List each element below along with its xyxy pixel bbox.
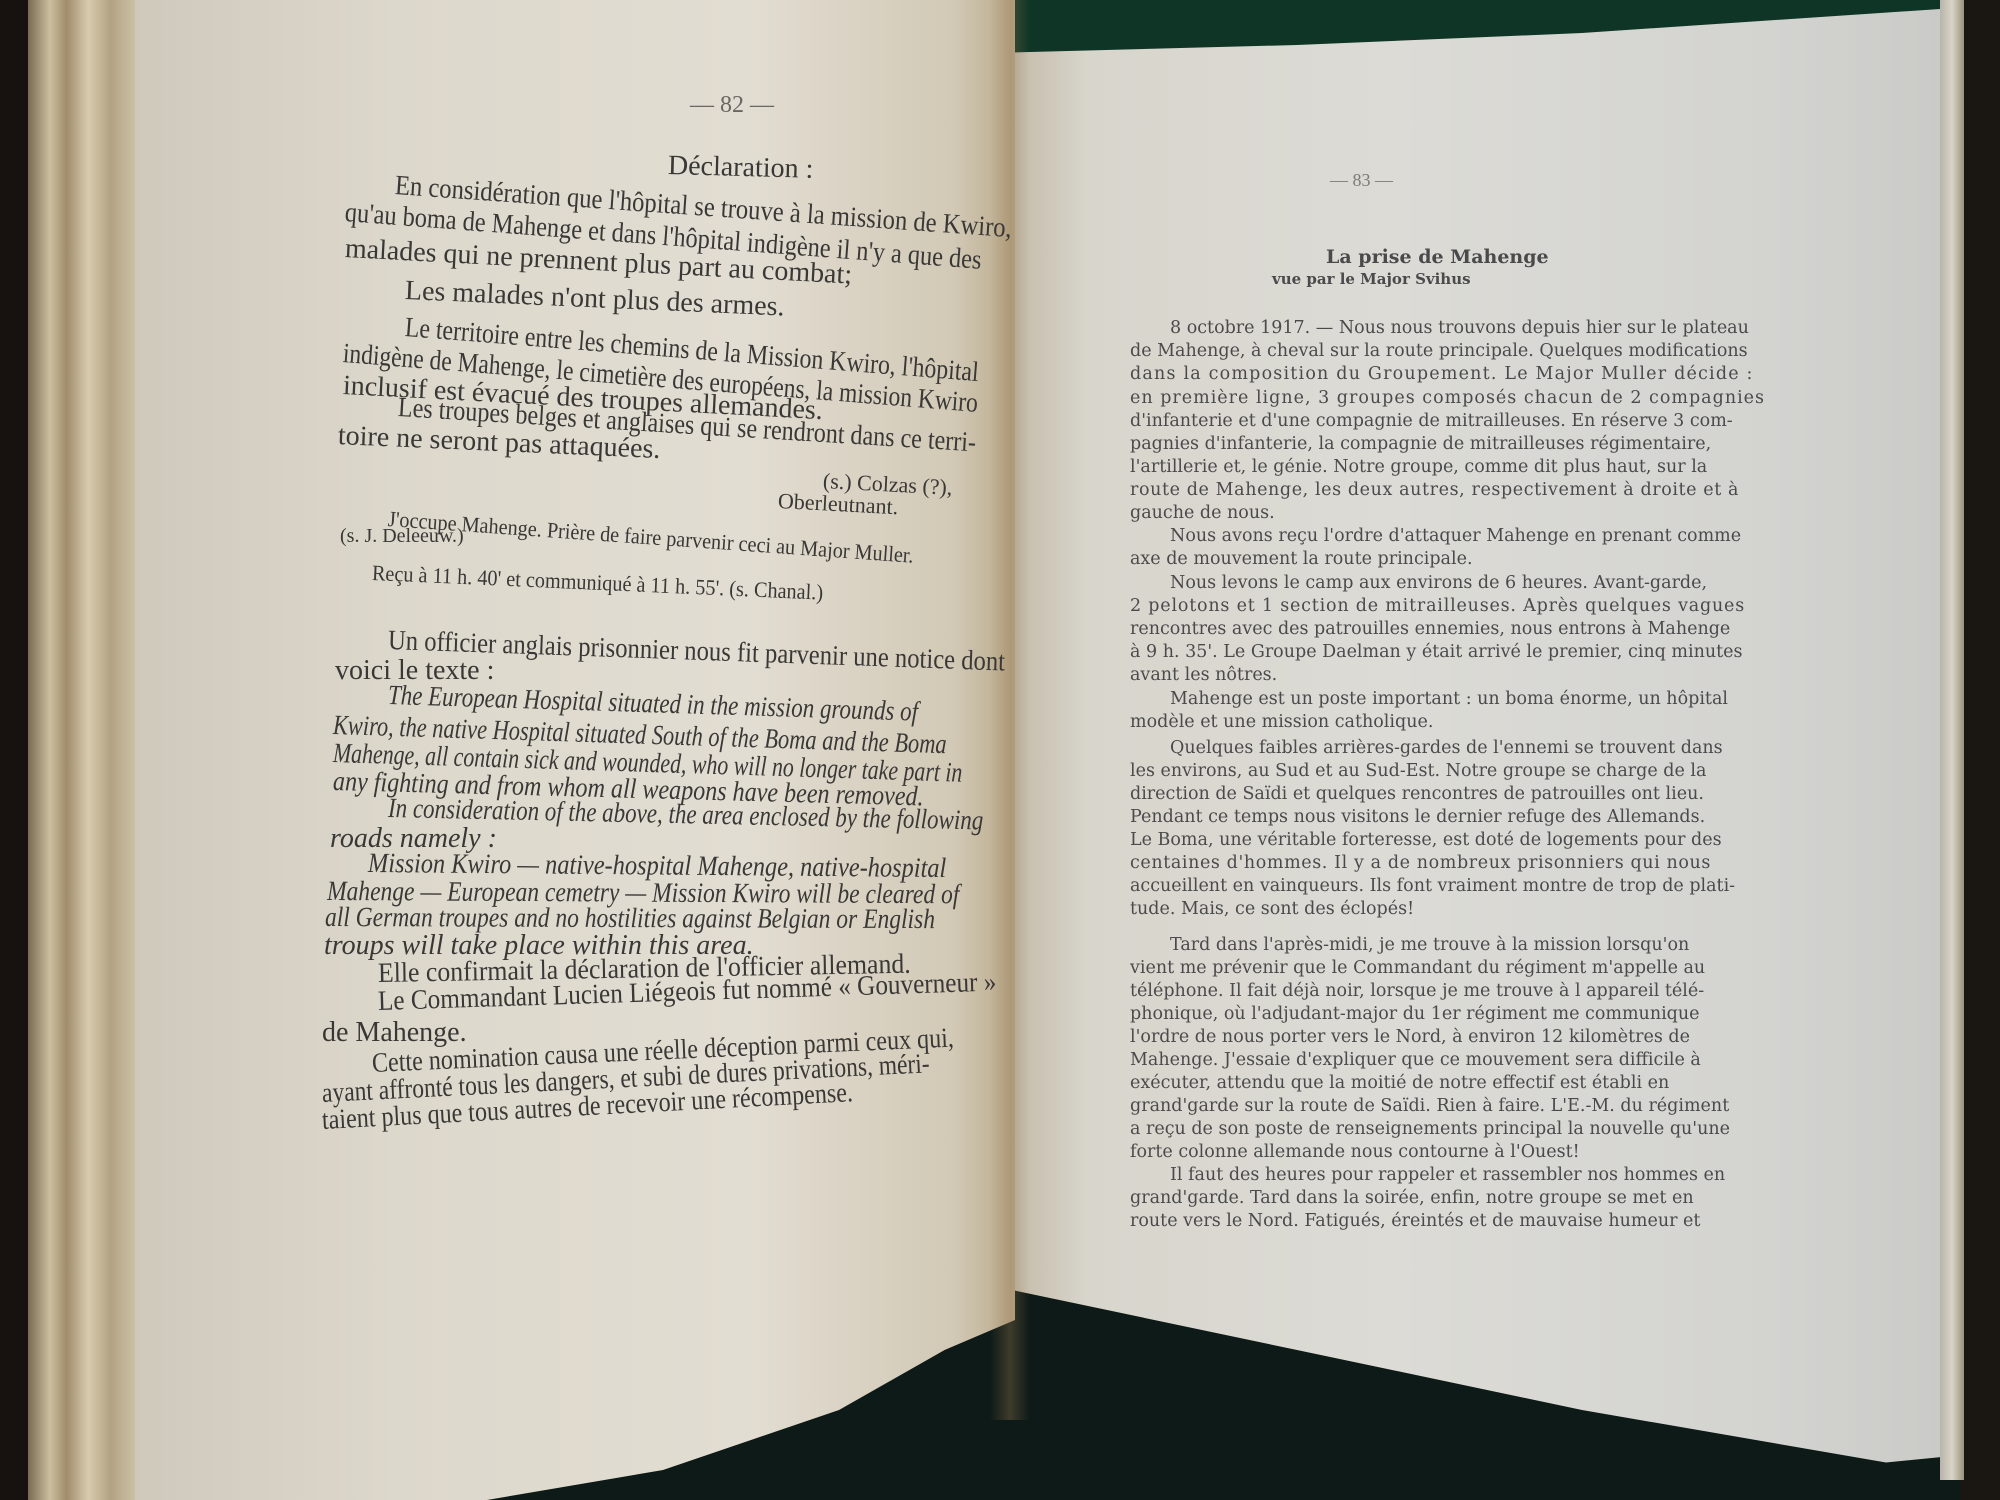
text-line: d'infanterie et d'une compagnie de mitra… (1130, 411, 1733, 431)
dark-background-left (0, 0, 30, 1500)
text-line: vient me prévenir que le Commandant du r… (1130, 958, 1705, 978)
text-line: grand'garde sur la route de Saïdi. Rien … (1130, 1096, 1729, 1116)
text-line: de Mahenge, à cheval sur la route princi… (1130, 341, 1748, 361)
dark-background-right (1960, 0, 2000, 1500)
text-line: Le Boma, une véritable forteresse, est d… (1130, 830, 1722, 850)
text-line: Mahenge. J'essaie d'expliquer que ce mou… (1130, 1050, 1701, 1070)
text-line: gauche de nous. (1130, 503, 1275, 523)
text-line: grand'garde. Tard dans la soirée, enfin,… (1130, 1188, 1694, 1208)
text-line: route de Mahenge, les deux autres, respe… (1130, 480, 1739, 500)
text-line: a reçu de son poste de renseignements pr… (1130, 1119, 1730, 1139)
page-number-82: — 82 — (690, 92, 774, 119)
text-line: Mahenge est un poste important : un boma… (1170, 689, 1728, 709)
text-line: modèle et une mission catholique. (1130, 712, 1433, 732)
book-page-edges-right (1940, 0, 1964, 1480)
chapter-subheading: vue par le Major Svihus (1272, 270, 1471, 288)
book-page-edges-left (28, 0, 138, 1500)
text-line: route vers le Nord. Fatigués, éreintés e… (1130, 1211, 1700, 1231)
text-line: direction de Saïdi et quelques rencontre… (1130, 784, 1704, 804)
text-line: l'ordre de nous porter vers le Nord, à e… (1130, 1027, 1690, 1047)
text-line: Il faut des heures pour rappeler et rass… (1170, 1165, 1725, 1185)
text-line: à 9 h. 35'. Le Groupe Daelman y était ar… (1130, 642, 1743, 662)
text-line: téléphone. Il fait déjà noir, lorsque je… (1130, 981, 1704, 1001)
text-line: dans la composition du Groupement. Le Ma… (1130, 364, 1754, 384)
text-line: tude. Mais, ce sont des éclopés! (1130, 899, 1414, 919)
text-line: les environs, au Sud et au Sud-Est. Notr… (1130, 761, 1706, 781)
text-line: forte colonne allemande nous contourne à… (1130, 1142, 1580, 1162)
text-line: Nous avons reçu l'ordre d'attaquer Mahen… (1170, 526, 1741, 546)
text-line: Nous levons le camp aux environs de 6 he… (1170, 573, 1707, 593)
note-signature: (s. J. Deleeuw.) (340, 525, 464, 548)
text-line: en première ligne, 3 groupes composés ch… (1130, 388, 1765, 408)
text-line: phonique, où l'adjudant-major du 1er rég… (1130, 1004, 1700, 1024)
text-line: rencontres avec des patrouilles ennemies… (1130, 619, 1730, 639)
text-line: Pendant ce temps nous visitons le dernie… (1130, 807, 1705, 827)
text-line: 2 pelotons et 1 section de mitrailleuses… (1130, 596, 1745, 616)
text-line: accueillent en vainqueurs. Ils font vrai… (1130, 876, 1735, 896)
text-line: Tard dans l'après-midi, je me trouve à l… (1170, 935, 1689, 955)
text-line: avant les nôtres. (1130, 665, 1277, 685)
text-line: l'artillerie et, le génie. Notre groupe,… (1130, 457, 1707, 477)
chapter-heading: La prise de Mahenge (1326, 246, 1549, 268)
declaration-title: Déclaration : (668, 150, 814, 186)
text-line: 8 octobre 1917. — Nous nous trouvons dep… (1170, 318, 1749, 338)
text-line: axe de mouvement la route principale. (1130, 549, 1473, 569)
text-line: exécuter, attendu que la moitié de notre… (1130, 1073, 1669, 1093)
page-number-83: — 83 — (1330, 170, 1393, 191)
text-line: Quelques faibles arrières-gardes de l'en… (1170, 738, 1723, 758)
text-line: pagnies d'infanterie, la compagnie de mi… (1130, 434, 1711, 454)
text-line: centaines d'hommes. Il y a de nombreux p… (1130, 853, 1711, 873)
